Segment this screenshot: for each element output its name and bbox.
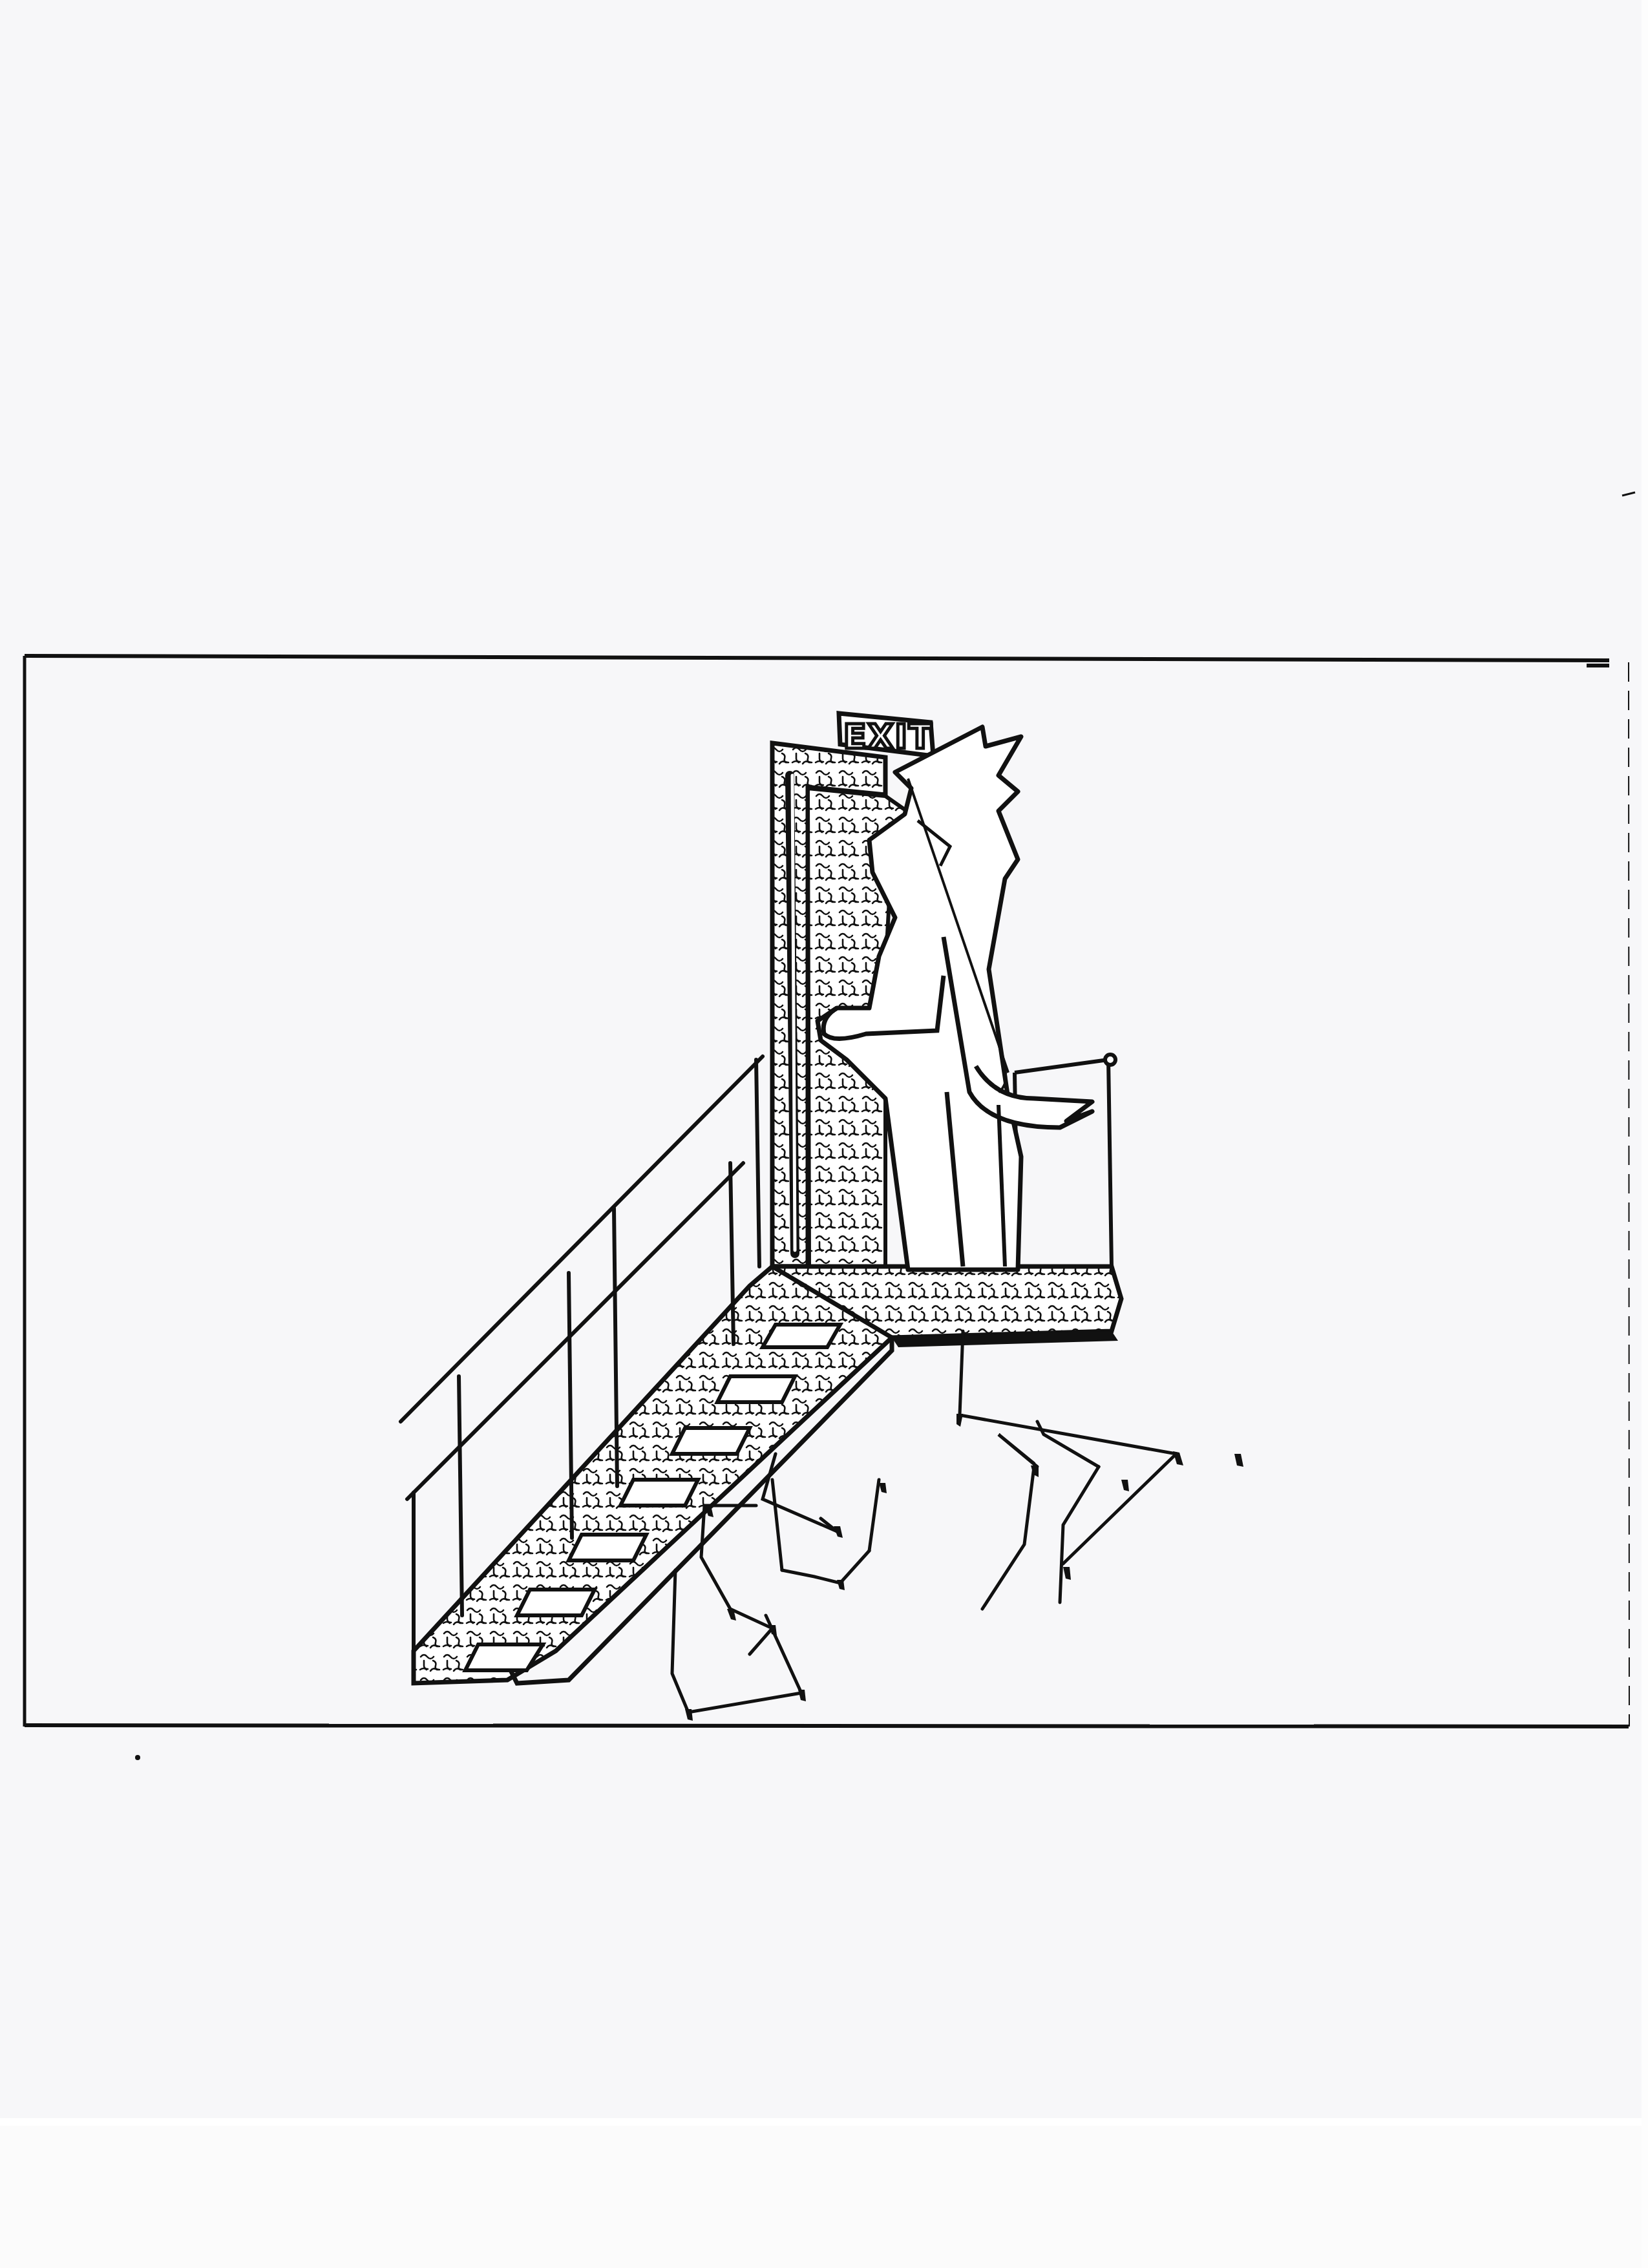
stray-mark bbox=[1622, 492, 1635, 496]
rope-hook-icons bbox=[685, 1414, 1243, 1721]
staircase bbox=[414, 1266, 892, 1683]
stair-step bbox=[465, 1644, 543, 1670]
stair-step bbox=[763, 1325, 840, 1347]
stair-step bbox=[569, 1535, 646, 1560]
landing-railing bbox=[1015, 1055, 1115, 1266]
stray-dot bbox=[135, 1755, 140, 1760]
exit-sign-text: EXIT bbox=[843, 718, 933, 757]
stair-step bbox=[717, 1376, 795, 1402]
stair-step bbox=[672, 1428, 750, 1454]
stair-step bbox=[620, 1480, 698, 1506]
stair-step bbox=[517, 1590, 595, 1615]
exit-sign: EXIT bbox=[839, 713, 933, 757]
ink-drawing: EXIT bbox=[0, 0, 1648, 2268]
